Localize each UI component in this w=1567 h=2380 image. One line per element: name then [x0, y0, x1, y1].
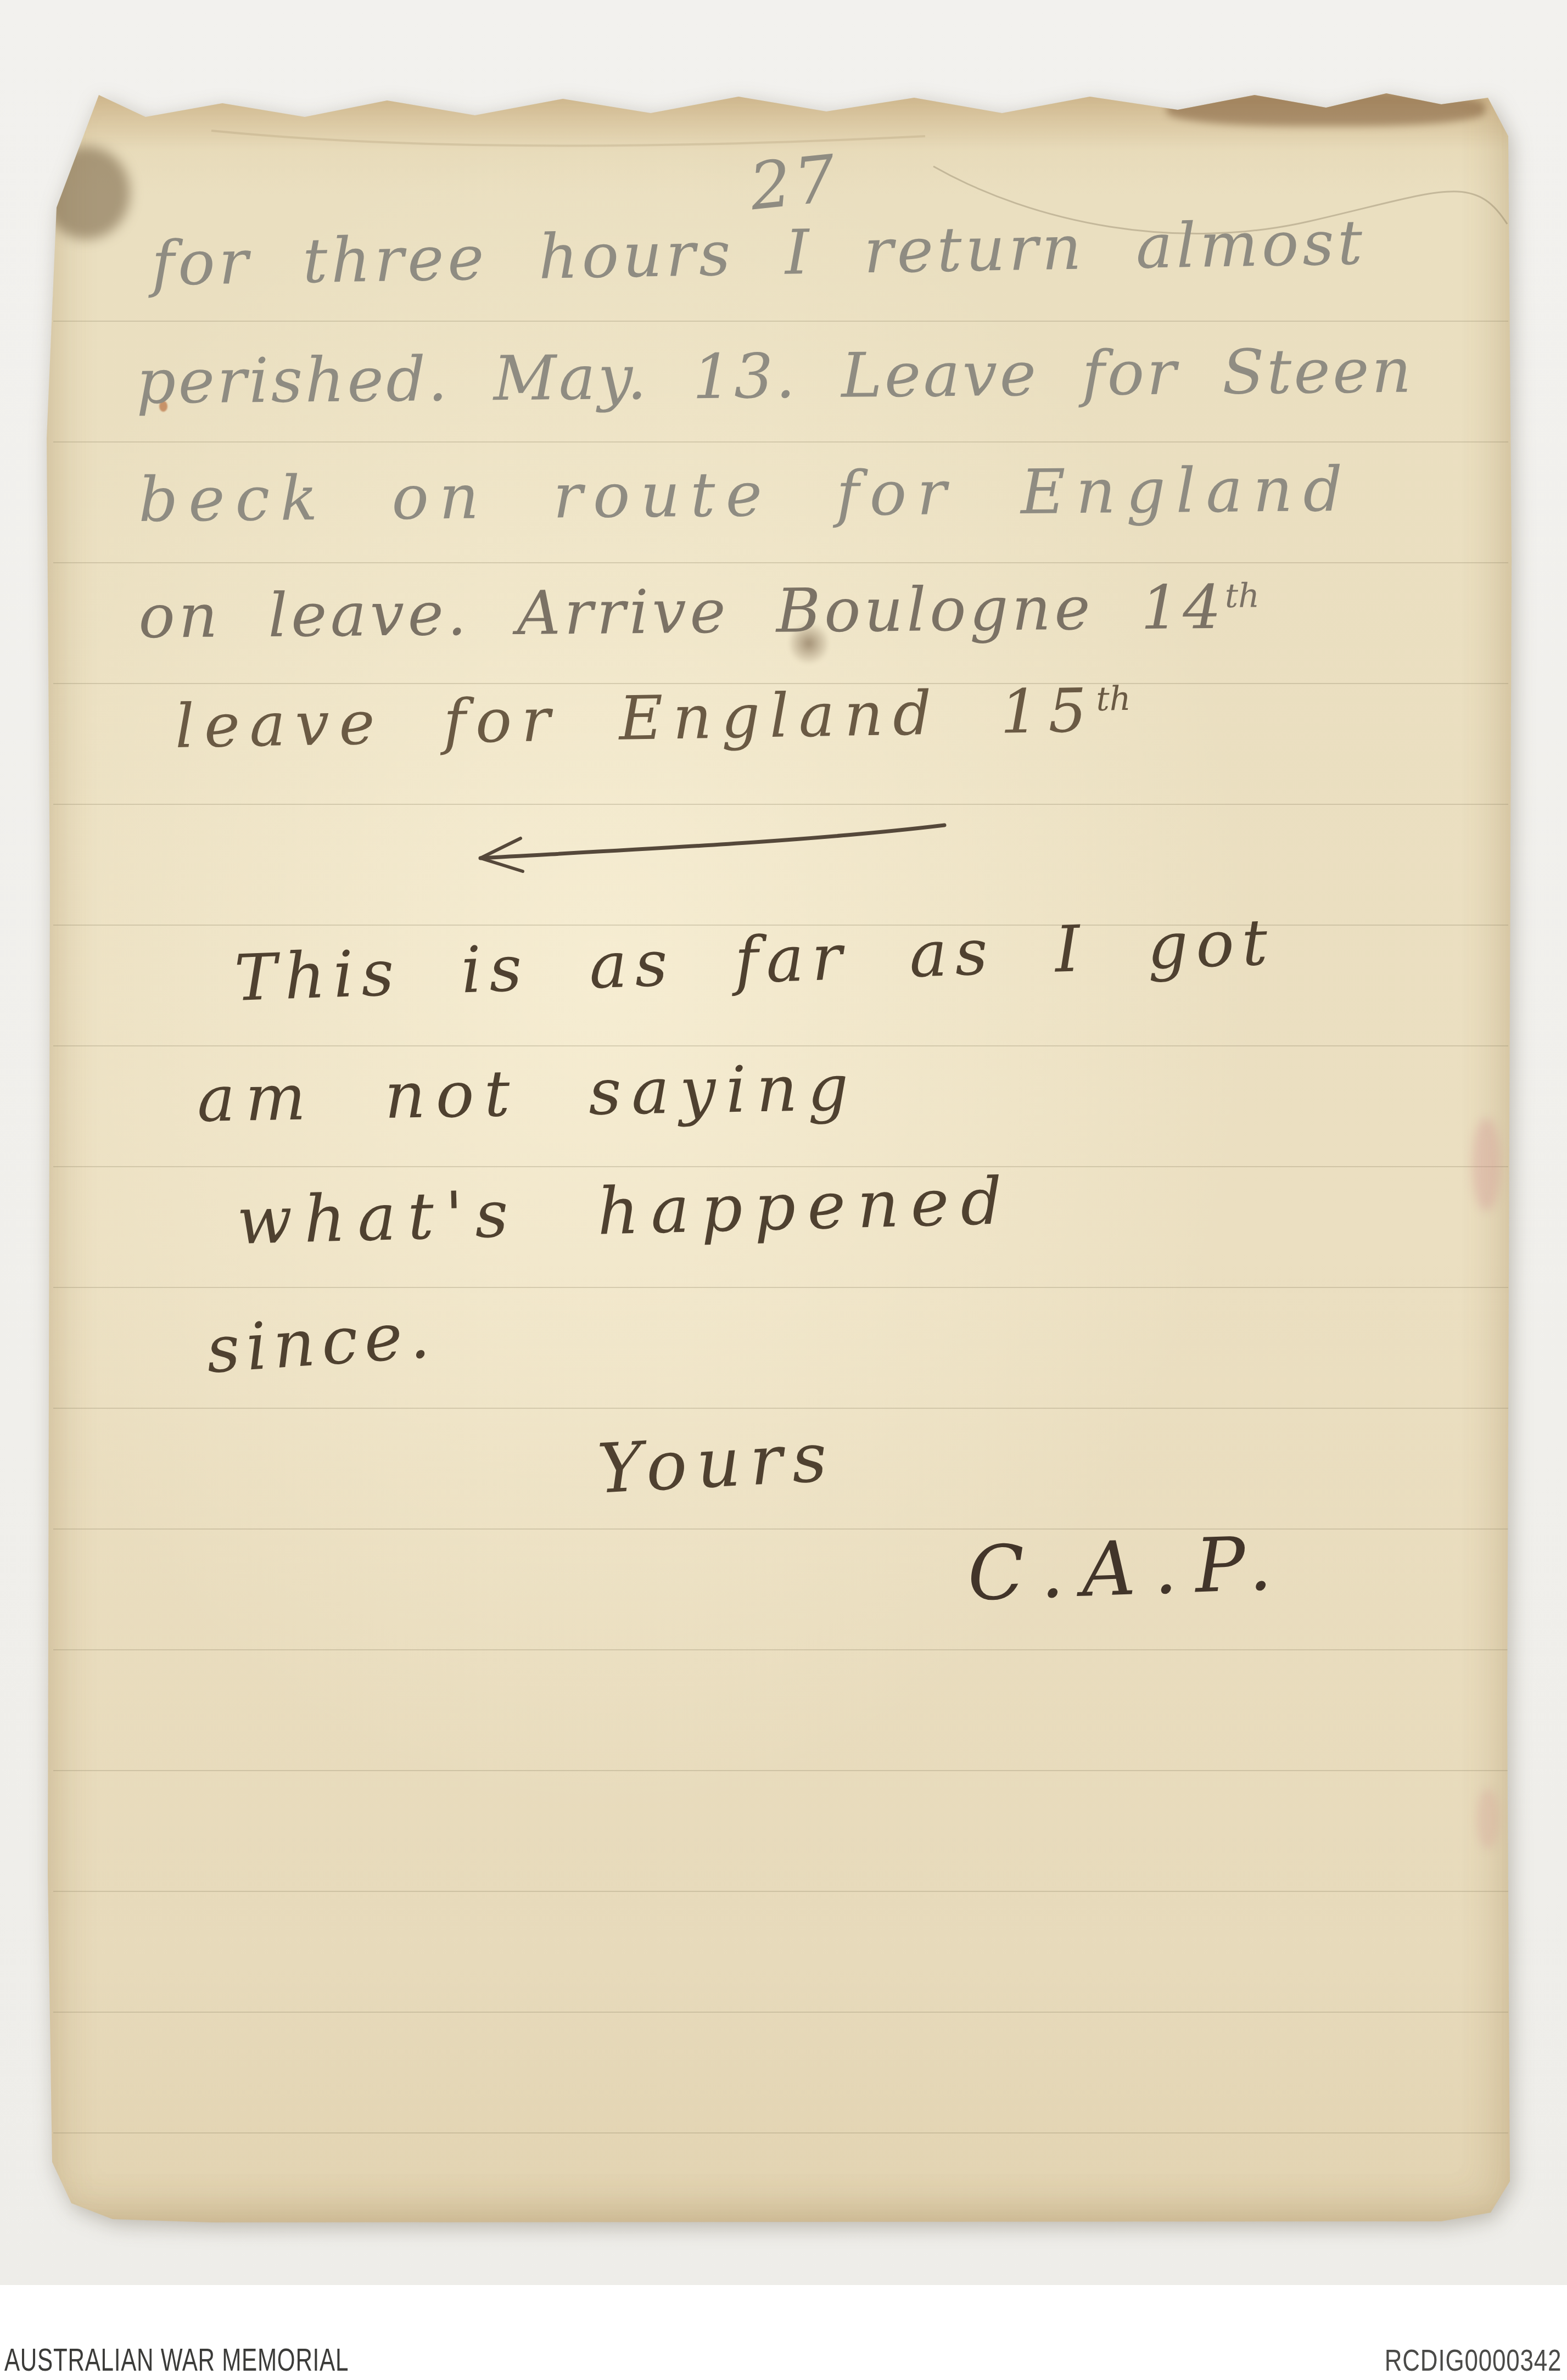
paper-stain — [1472, 1118, 1501, 1211]
ruled-line — [53, 2132, 1508, 2133]
handwritten-line-3: beck on route for England — [138, 459, 1353, 531]
paper-stain — [80, 88, 1507, 149]
paper-stain — [42, 146, 130, 239]
handwritten-line-8: what's happened — [236, 1168, 1015, 1253]
ruled-line — [53, 1891, 1508, 1892]
ruled-line — [53, 1408, 1508, 1409]
handwritten-line-7: am not saying — [197, 1056, 859, 1132]
ruled-line — [53, 1649, 1508, 1650]
handwritten-line-4: on leave. Arrive Boulogne 14th — [138, 576, 1260, 647]
ruled-line — [53, 2012, 1508, 2013]
signature-initials: C.A.P. — [966, 1526, 1291, 1612]
ruled-line — [53, 441, 1508, 443]
ruled-line — [53, 1045, 1508, 1046]
handwritten-line-9: since. — [204, 1302, 438, 1382]
handwritten-line-5: leave for England 15th — [175, 680, 1132, 757]
ruled-line — [53, 1770, 1508, 1771]
ruled-line — [53, 1528, 1508, 1530]
handwritten-line-4-text: on leave. Arrive Boulogne 14 — [138, 572, 1225, 652]
handwritten-line-2: perished. May. 13. Leave for Steen — [136, 340, 1414, 413]
closing-valediction: Yours — [596, 1423, 838, 1504]
scanned-document-view: 27 for three hours I return almost peris… — [0, 0, 1567, 2380]
footer-bar: AUSTRALIAN WAR MEMORIAL RCDIG0000342 — [0, 2340, 1567, 2380]
institution-name: AUSTRALIAN WAR MEMORIAL — [4, 2342, 349, 2378]
page-number: 27 — [747, 145, 842, 219]
ruled-line — [53, 562, 1508, 563]
paper-stain — [1167, 91, 1485, 126]
ruled-line — [53, 804, 1508, 805]
ordinal-superscript: th — [1224, 577, 1260, 616]
reference-id: RCDIG0000342 — [1384, 2343, 1562, 2378]
ruled-line — [53, 321, 1508, 322]
ruled-line — [53, 1166, 1508, 1167]
ordinal-superscript: th — [1096, 680, 1131, 719]
paper-stain — [1476, 1789, 1499, 1849]
underline-arrow-flourish — [456, 810, 961, 881]
ruled-line — [53, 1287, 1508, 1288]
